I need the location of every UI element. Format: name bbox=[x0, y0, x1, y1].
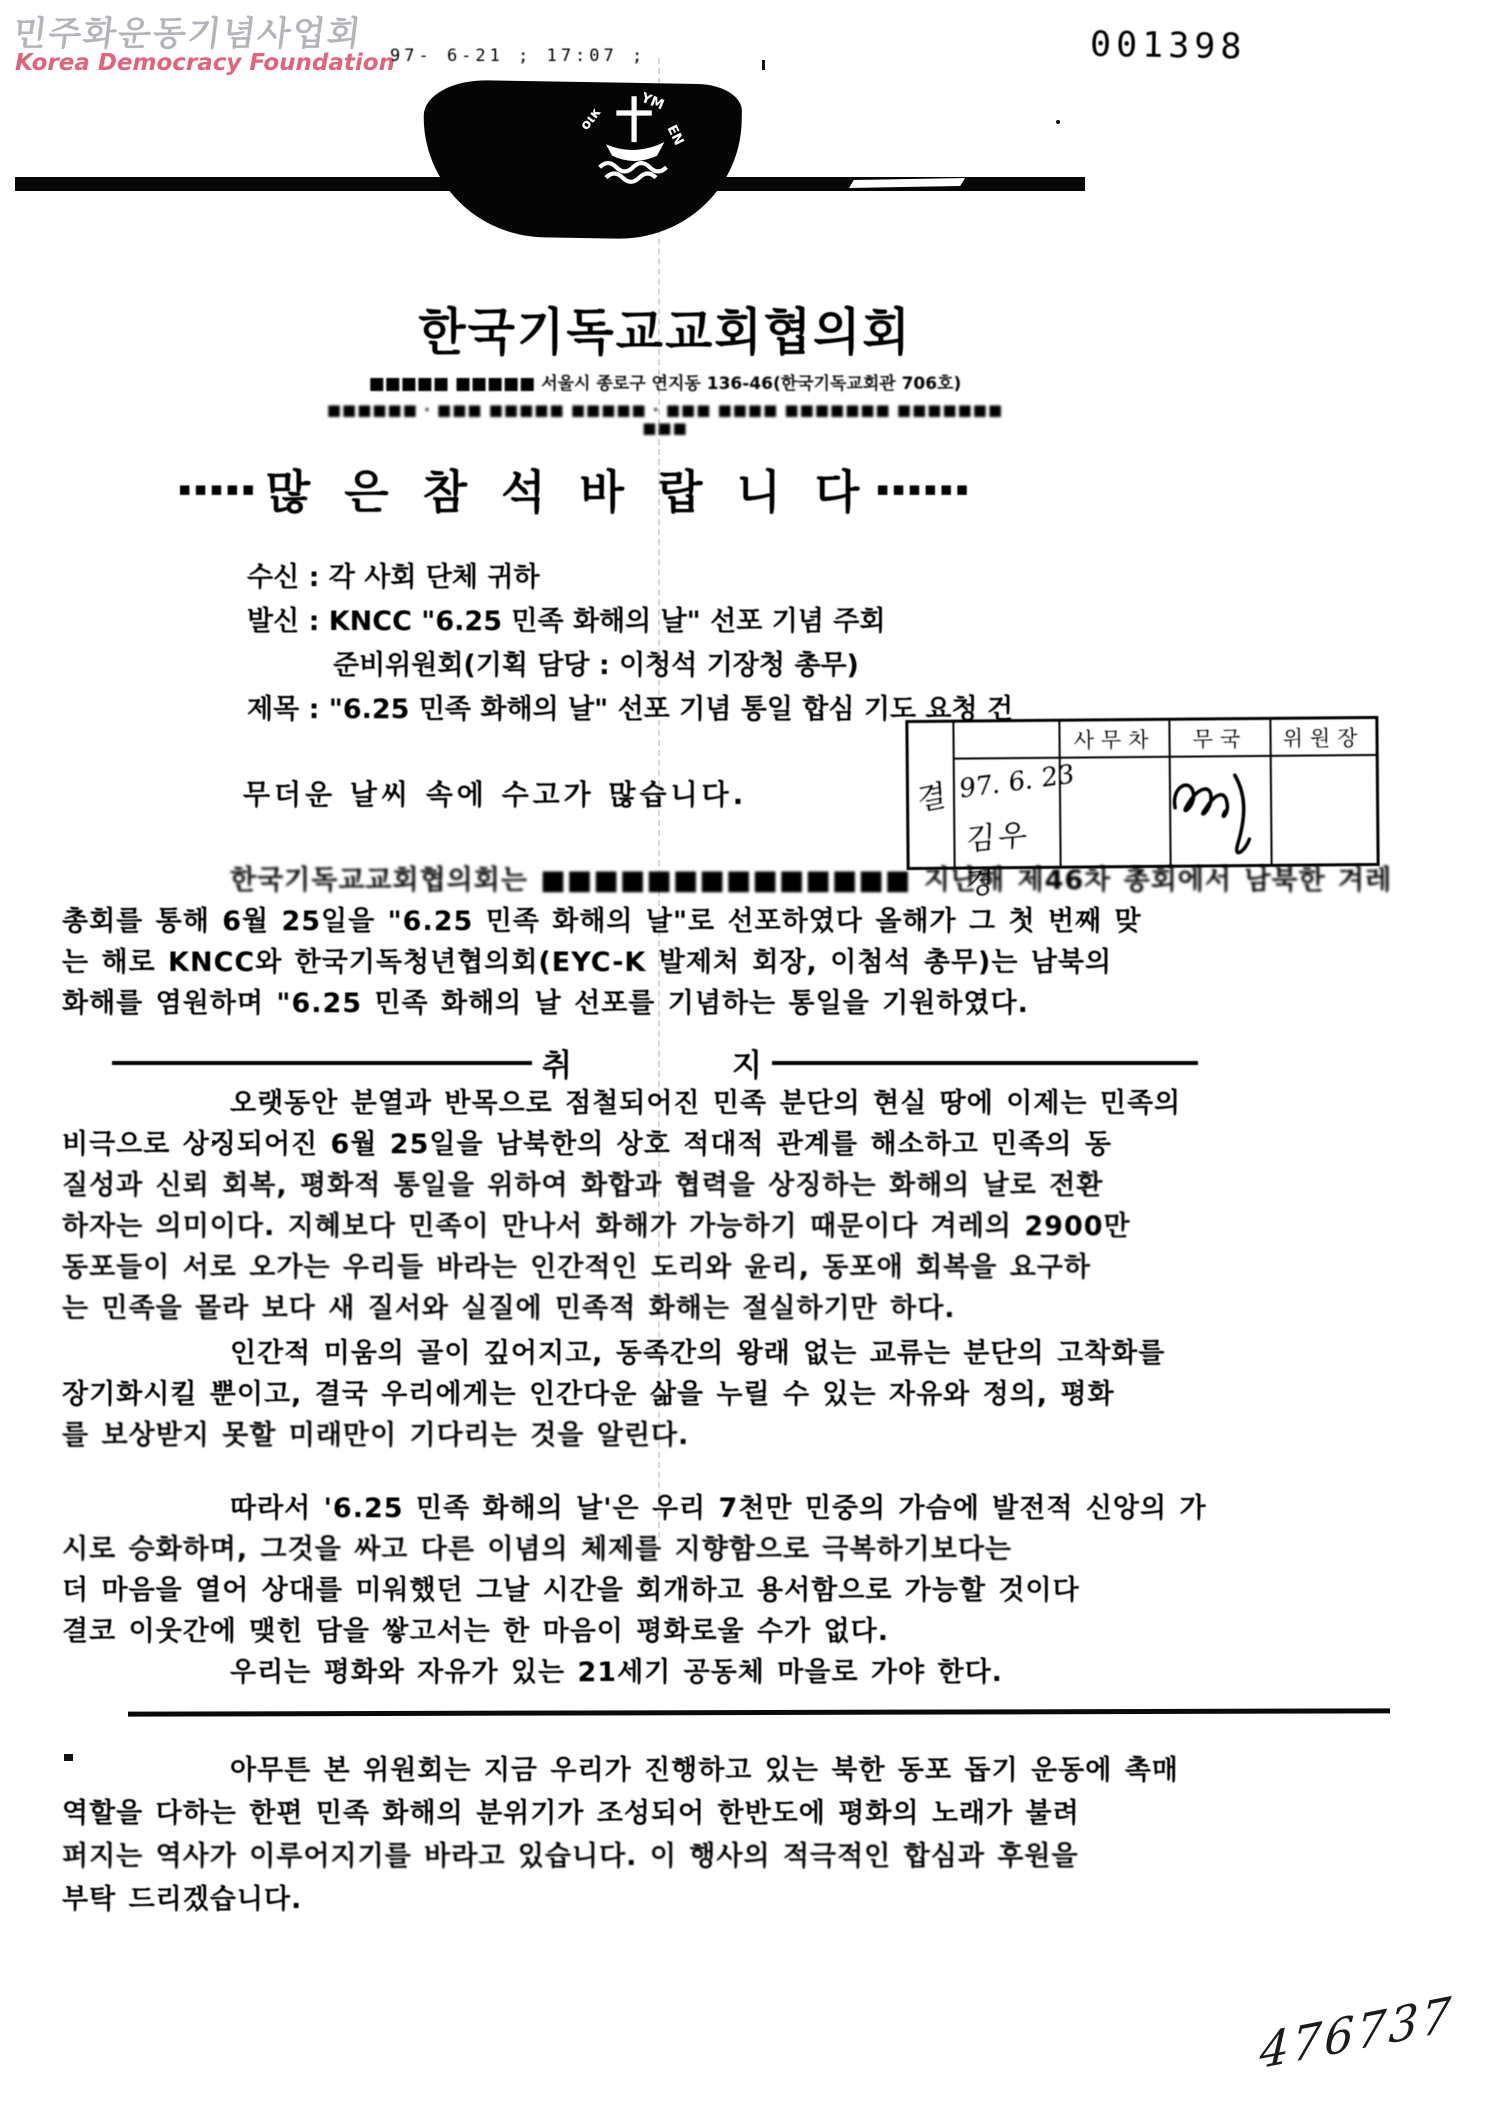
approval-grid: 사무차 무국 위원장 97. 6. 23 김우경 bbox=[954, 719, 1376, 867]
fax-timestamp: 97- 6-21 ; 17:07 ; bbox=[390, 46, 646, 66]
handwritten-date: 97. 6. 23 bbox=[959, 759, 1074, 804]
purpose-line: 는 민족을 몰라 보다 새 질서와 실질에 민족적 화해는 절실하기만 하다. bbox=[62, 1288, 1476, 1329]
scan-speckle bbox=[212, 1140, 216, 1144]
recipient-line: 수신 : 각 사회 단체 귀하 bbox=[247, 556, 1013, 600]
greeting-line: 무더운 날씨 속에 수고가 많습니다. bbox=[243, 773, 747, 813]
purpose-line: 하자는 의미이다. 지혜보다 민족이 만나서 화해가 가능하기 때문이다 겨레의… bbox=[62, 1206, 1476, 1247]
signature-scribble bbox=[1165, 759, 1286, 864]
subject-line: 제목 : "6.25 민족 화해의 날" 선포 기념 통일 합심 기도 요청 건 bbox=[247, 688, 1013, 732]
resolution-line: 우리는 평화와 자유가 있는 21세기 공동체 마을로 가야 한다. bbox=[62, 1652, 1476, 1693]
divider-rule-right bbox=[772, 1061, 1198, 1065]
approval-label: 결 bbox=[915, 770, 947, 819]
letter-meta-block: 수신 : 각 사회 단체 귀하 발신 : KNCC "6.25 민족 화해의 날… bbox=[247, 556, 1013, 732]
section-char-ji: 지 bbox=[722, 1040, 772, 1085]
closing-line: 퍼지는 역사가 이루어지기를 바라고 있습니다. 이 행사의 적극적인 합심과 … bbox=[62, 1835, 1476, 1878]
approval-header-deputy: 사무차 bbox=[1060, 721, 1170, 759]
approval-cell-date-name: 97. 6. 23 김우경 bbox=[955, 759, 1062, 867]
reconciliation-line: 인간적 미움의 골이 깊어지고, 동족간의 왕래 없는 교류는 분단의 고착화를 bbox=[62, 1333, 1476, 1374]
resolution-line: 더 마음을 열어 상대를 미워했던 그날 시간을 회개하고 용서함으로 가능할 … bbox=[62, 1570, 1476, 1611]
intro-line: 총회를 통해 6월 25일을 "6.25 민족 화해의 날"로 선포하였다 올해… bbox=[62, 901, 1476, 942]
resolution-paragraph: 따라서 '6.25 민족 화해의 날'은 우리 7천만 민중의 가슴에 발전적 … bbox=[62, 1488, 1476, 1693]
purpose-paragraph: 오랫동안 분열과 반목으로 점철되어진 민족 분단의 현실 땅에 이제는 민족의… bbox=[62, 1083, 1476, 1329]
headline-text: 많 은 참 석 바 랍 니 다 bbox=[266, 456, 869, 522]
attendance-request-headline: ▪▪▪▪▪ 많 은 참 석 바 랍 니 다 ▪▪▪▪▪▪ bbox=[172, 456, 978, 522]
emblem-letters-top: ΥΜ bbox=[638, 90, 667, 113]
closing-line: 아무튼 본 위원회는 지금 우리가 진행하고 있는 북한 동포 돕기 운동에 촉… bbox=[62, 1749, 1476, 1792]
handwritten-page-number: 476737 bbox=[1258, 1986, 1455, 2080]
headline-dots-right: ▪▪▪▪▪▪ bbox=[876, 459, 971, 519]
resolution-line: 시로 승화하며, 그것을 싸고 다른 이념의 체제를 지향함으로 극복하기보다는 bbox=[62, 1529, 1476, 1570]
purpose-section-divider: 취 지 bbox=[112, 1040, 1198, 1085]
intro-paragraph: 한국기독교교회협의회는 ■■■■■■■■■■■■■■ 지난해 제46차 총회에서… bbox=[62, 860, 1476, 1024]
section-char-chwi: 취 bbox=[532, 1040, 582, 1085]
reconciliation-paragraph: 인간적 미움의 골이 깊어지고, 동족간의 왕래 없는 교류는 분단의 고착화를… bbox=[62, 1333, 1476, 1456]
closing-line: 부탁 드리겠습니다. bbox=[62, 1878, 1476, 1921]
approval-cell-deputy bbox=[1061, 758, 1172, 866]
purpose-line: 오랫동안 분열과 반목으로 점철되어진 민족 분단의 현실 땅에 이제는 민족의 bbox=[62, 1083, 1476, 1124]
headline-dots-left: ▪▪▪▪▪ bbox=[178, 459, 257, 519]
oikoumene-boat-emblem-icon: oικ ΥΜ ΕΝ bbox=[574, 90, 690, 186]
closing-divider-rule bbox=[128, 1708, 1390, 1716]
org-title: 한국기독교교회협의회 bbox=[352, 293, 978, 365]
scanned-document-page: { "archive_logo": { "korean": "민주화운동기념사업… bbox=[0, 0, 1499, 2109]
approval-header-blank bbox=[954, 722, 1060, 760]
resolution-line: 결코 이웃간에 맺힌 담을 쌓고서는 한 마음이 평화로울 수가 없다. bbox=[62, 1611, 1476, 1652]
intro-line: 한국기독교교회협의회는 ■■■■■■■■■■■■■■ 지난해 제46차 총회에서… bbox=[62, 860, 1476, 901]
closing-line: 역할을 다하는 한편 민족 화해의 분위기가 조성되어 한반도에 평화의 노래가… bbox=[62, 1792, 1476, 1835]
purpose-line: 비극으로 상징되어진 6월 25일을 남북한의 상호 적대적 관계를 해소하고 … bbox=[62, 1124, 1476, 1165]
purpose-line: 질성과 신뢰 회복, 평화적 통일을 위하여 화합과 협력을 상징하는 화해의 … bbox=[62, 1165, 1476, 1206]
scan-speckle bbox=[762, 60, 765, 70]
approval-header-bureau: 무국 bbox=[1170, 720, 1271, 758]
purpose-line: 동포들이 서로 오가는 우리들 바라는 인간적인 도리와 윤리, 동포애 회복을… bbox=[62, 1247, 1476, 1288]
approval-cell-bureau bbox=[1171, 757, 1273, 865]
emblem-letters-left: oικ bbox=[577, 104, 605, 133]
closing-paragraph: 아무튼 본 위원회는 지금 우리가 진행하고 있는 북한 동포 돕기 운동에 촉… bbox=[62, 1749, 1476, 1921]
archive-logo-english: Korea Democracy Foundation bbox=[15, 50, 395, 76]
emblem-letters-right: ΕΝ bbox=[664, 122, 687, 148]
sender-line: 발신 : KNCC "6.25 민족 화해의 날" 선포 기념 주회 bbox=[247, 600, 1013, 644]
divider-rule-left bbox=[112, 1061, 532, 1065]
document-number-stamp: 001398 bbox=[1090, 25, 1247, 68]
reconciliation-line: 를 보상받지 못할 미래만이 기다리는 것을 알린다. bbox=[62, 1415, 1476, 1456]
intro-line: 는 해로 KNCC와 한국기독청년협의회(EYC-K 발제처 회장, 이첨석 총… bbox=[62, 942, 1476, 983]
approval-label-cell: 결 bbox=[908, 723, 955, 867]
org-address-line2: ■■■■■■ · ■■■ ■■■■■ ■■■■■ · ■■■ ■■■■ ■■■■… bbox=[318, 401, 1012, 437]
approval-cell-chairman bbox=[1272, 756, 1377, 864]
scan-speckle bbox=[64, 1754, 73, 1761]
org-address-line1: ■■■■■ ■■■■■ 서울시 종로구 연지동 136-46(한국기독교회관 7… bbox=[318, 369, 1012, 394]
resolution-line: 따라서 '6.25 민족 화해의 날'은 우리 7천만 민중의 가슴에 발전적 … bbox=[62, 1488, 1476, 1529]
archive-logo-korean: 민주화운동기념사업회 bbox=[11, 6, 365, 55]
approval-stamp-box: 결 사무차 무국 위원장 97. 6. 23 김우경 bbox=[905, 716, 1379, 870]
sender-line-continued: 준비위원회(기획 담당 : 이청석 기장청 총무) bbox=[333, 644, 1013, 688]
intro-line: 화해를 염원하며 "6.25 민족 화해의 날 선포를 기념하는 통일을 기원하… bbox=[62, 983, 1476, 1024]
scan-speckle bbox=[1056, 120, 1060, 124]
approval-header-chairman: 위원장 bbox=[1271, 719, 1375, 757]
reconciliation-line: 장기화시킬 뿐이고, 결국 우리에게는 인간다운 삶을 누릴 수 있는 자유와 … bbox=[62, 1374, 1476, 1415]
